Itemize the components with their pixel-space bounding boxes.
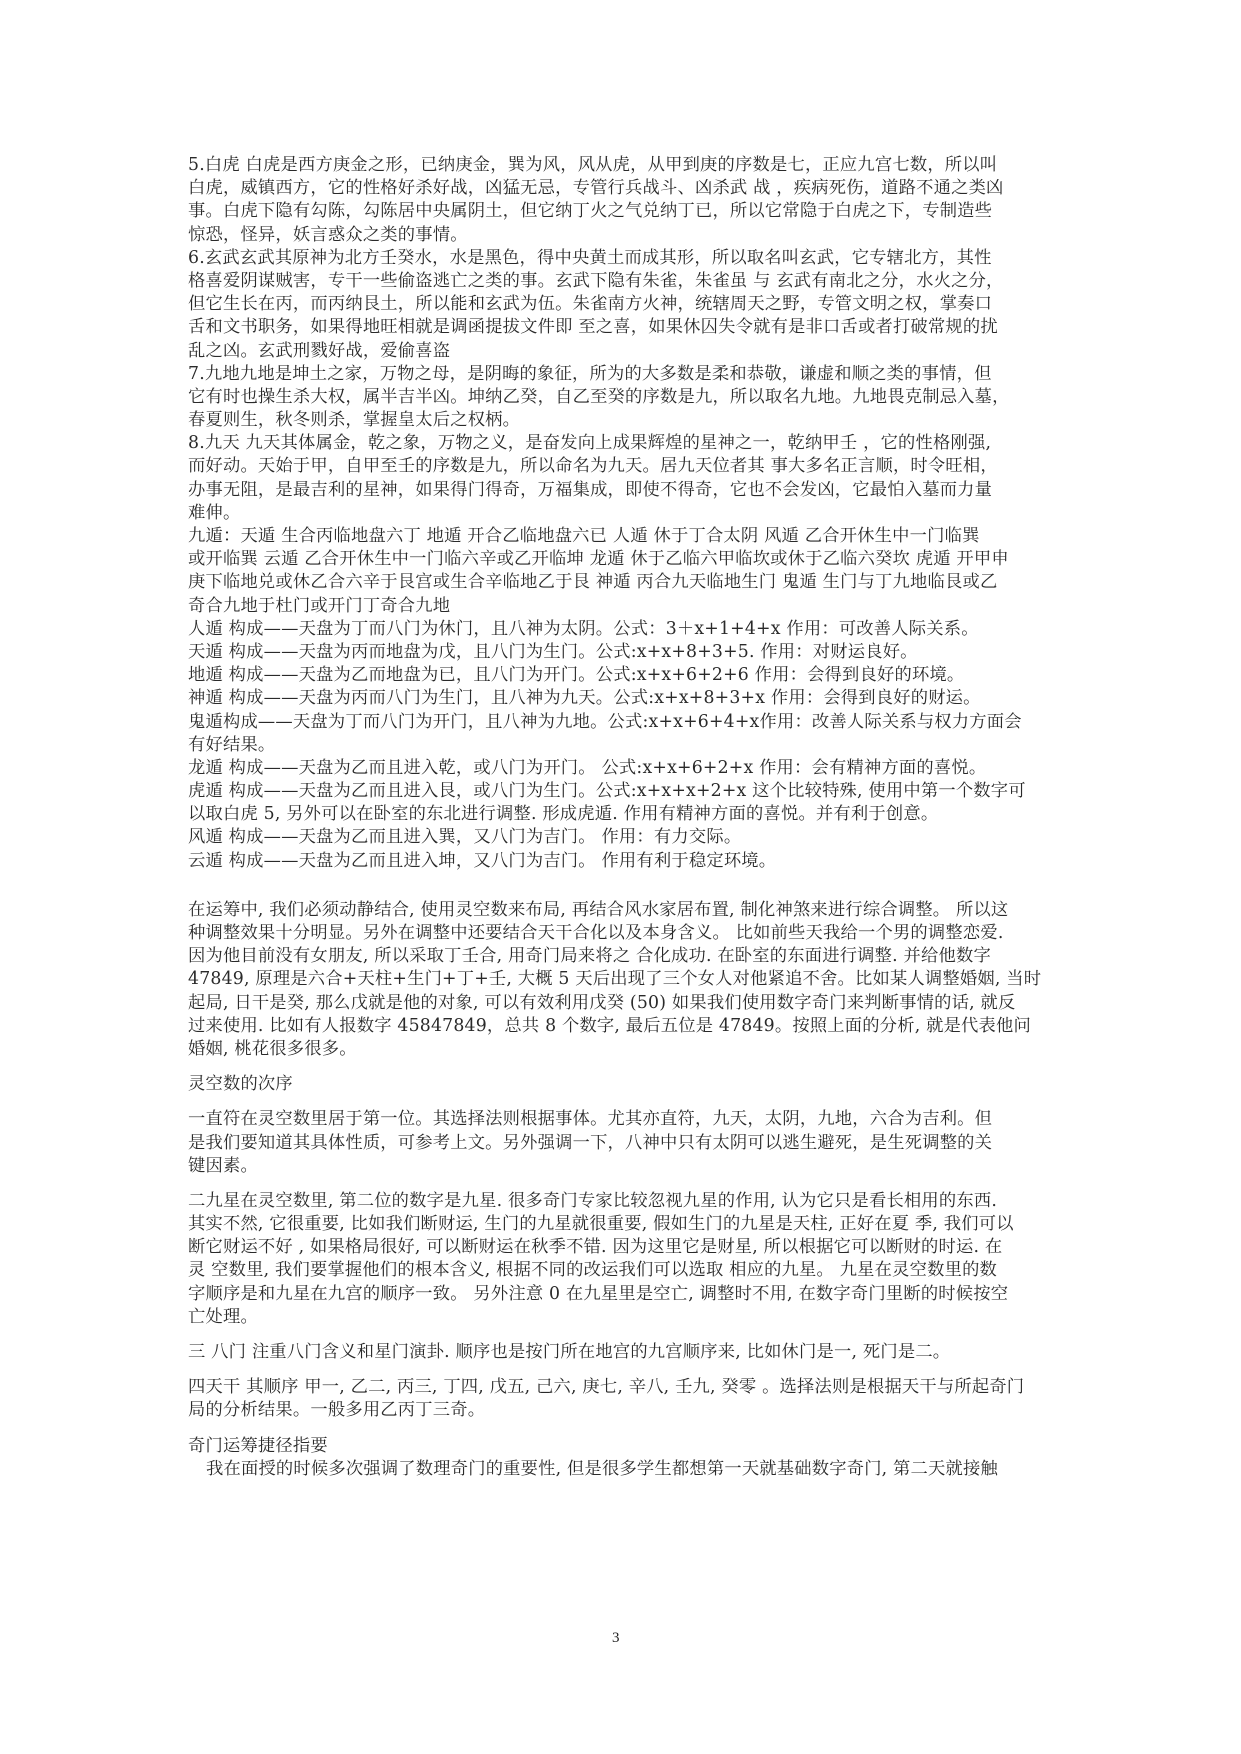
- text-line: 婚姻, 桃花很多很多。: [188, 1038, 908, 1061]
- paragraph: 一直符在灵空数里居于第一位。其选择法则根据事体。尤其亦直符，九天，太阴，九地，六…: [188, 1108, 908, 1178]
- paragraph-spacer: [188, 1423, 908, 1435]
- text-line: 在运筹中, 我们必须动静结合, 使用灵空数来布局, 再结合风水家居布置, 制化神…: [188, 899, 908, 922]
- text-line: 8.九天 九天其体属金，乾之象，万物之义，是奋发向上成果辉煌的星神之一，乾纳甲壬…: [188, 432, 908, 455]
- text-line: 其实不然, 它很重要, 比如我们断财运, 生门的九星就很重要, 假如生门的九星是…: [188, 1213, 908, 1236]
- text-line: 云遁 构成——天盘为乙而且进入坤，又八门为吉门。 作用有利于稳定环境。: [188, 850, 908, 873]
- text-line: 地遁 构成——天盘为乙而地盘为已，且八门为开门。公式:x+x+6+2+6 作用：…: [188, 664, 908, 687]
- text-line: 格喜爱阴谋贼害，专干一些偷盗逃亡之类的事。玄武下隐有朱雀，朱雀虽 与 玄武有南北…: [188, 270, 908, 293]
- text-line: 断它财运不好 , 如果格局很好, 可以断财运在秋季不错. 因为这里它是财星, 所…: [188, 1236, 908, 1259]
- text-line: 一直符在灵空数里居于第一位。其选择法则根据事体。尤其亦直符，九天，太阴，九地，六…: [188, 1108, 908, 1131]
- text-line: 局的分析结果。一般多用乙丙丁三奇。: [188, 1399, 908, 1422]
- text-line: 四天干 其顺序 甲一, 乙二, 丙三, 丁四, 戊五, 己六, 庚七, 辛八, …: [188, 1376, 908, 1399]
- text-line: 键因素。: [188, 1155, 908, 1178]
- section-heading: 奇门运筹捷径指要: [188, 1435, 908, 1458]
- text-line: 起局, 日干是癸, 那么戊就是他的对象, 可以有效利用戊癸 (50) 如果我们使…: [188, 992, 908, 1015]
- paragraph-spacer: [188, 1364, 908, 1376]
- text-line: 庚下临地兑或休乙合六辛于艮宫或生合辛临地乙于艮 神遁 丙合九天临地生门 鬼遁 生…: [188, 571, 908, 594]
- text-line: 舌和文书职务，如果得地旺相就是调函提拔文件即 至之喜，如果休囚失令就有是非口舌或…: [188, 316, 908, 339]
- text-line: 难伸。: [188, 502, 908, 525]
- paragraph-spacer: [188, 1096, 908, 1108]
- text-line: 我在面授的时候多次强调了数理奇门的重要性, 但是很多学生都想第一天就基础数字奇门…: [188, 1458, 908, 1481]
- text-line: 奇合九地于杜门或开门丁奇合九地: [188, 595, 908, 618]
- text-line: 白虎，威镇西方，它的性格好杀好战，凶猛无忌，专管行兵战斗、凶杀武 战 ，疾病死伤…: [188, 177, 908, 200]
- text-line: 天遁 构成——天盘为丙而地盘为戊，且八门为生门。公式:x+x+8+3+5. 作用…: [188, 641, 908, 664]
- text-line: 有好结果。: [188, 734, 908, 757]
- paragraph-spacer: [188, 1061, 908, 1073]
- paragraph: 8.九天 九天其体属金，乾之象，万物之义，是奋发向上成果辉煌的星神之一，乾纳甲壬…: [188, 432, 908, 525]
- text-line: 灵 空数里, 我们要掌握他们的根本含义, 根据不同的改运我们可以选取 相应的九星…: [188, 1259, 908, 1282]
- text-line: 虎遁 构成——天盘为乙而且进入艮，或八门为生门。公式:x+x+x+2+x 这个比…: [188, 780, 908, 803]
- paragraph: 九遁：天遁 生合丙临地盘六丁 地遁 开合乙临地盘六已 人遁 休于丁合太阴 风遁 …: [188, 525, 908, 618]
- text-line: 乱之凶。玄武刑戮好战，爱偷喜盗: [188, 340, 908, 363]
- text-line: 三 八门 注重八门含义和星门演卦. 顺序也是按门所在地宫的九宫顺序来, 比如休门…: [188, 1341, 908, 1364]
- text-line: 惊恐，怪异，妖言惑众之类的事情。: [188, 224, 908, 247]
- text-line: 神遁 构成——天盘为丙而八门为生门，且八神为九天。公式:x+x+8+3+x 作用…: [188, 687, 908, 710]
- text-line: 亡处理。: [188, 1306, 908, 1329]
- text-line: 6.玄武玄武其原神为北方壬癸水，水是黑色，得中央黄土而成其形，所以取名叫玄武，它…: [188, 247, 908, 270]
- text-line: 47849, 原理是六合+天柱+生门+丁+壬, 大概 5 天后出现了三个女人对他…: [188, 968, 908, 991]
- paragraph: 6.玄武玄武其原神为北方壬癸水，水是黑色，得中央黄土而成其形，所以取名叫玄武，它…: [188, 247, 908, 363]
- paragraph-spacer: [188, 1329, 908, 1341]
- text-line: 以取白虎 5, 另外可以在卧室的东北进行调整. 形成虎遁. 作用有精神方面的喜悦…: [188, 803, 908, 826]
- text-line: 龙遁 构成——天盘为乙而且进入乾，或八门为开门。 公式:x+x+6+2+x 作用…: [188, 757, 908, 780]
- paragraph: 二九星在灵空数里, 第二位的数字是九星. 很多奇门专家比较忽视九星的作用, 认为…: [188, 1190, 908, 1329]
- text-line: 事。白虎下隐有勾陈，勾陈居中央属阴土，但它纳丁火之气兑纳丁已，所以它常隐于白虎之…: [188, 200, 908, 223]
- text-line: 因为他目前没有女朋友, 所以采取丁壬合, 用奇门局来将之 合化成功. 在卧室的东…: [188, 945, 908, 968]
- text-line: 春夏则生，秋冬则杀，掌握皇太后之权柄。: [188, 409, 908, 432]
- text-line: 人遁 构成——天盘为丁而八门为休门，且八神为太阴。公式：3＋x+1+4+x 作用…: [188, 618, 908, 641]
- text-line: 而好动。天始于甲，自甲至壬的序数是九，所以命名为九天。居九天位者其 事大多名正言…: [188, 455, 908, 478]
- section-heading: 灵空数的次序: [188, 1073, 908, 1096]
- text-line: 它有时也操生杀大权，属半吉半凶。坤纳乙癸，自乙至癸的序数是九，所以取名九地。九地…: [188, 386, 908, 409]
- text-line: 但它生长在丙，而丙纳艮土，所以能和玄武为伍。朱雀南方火神，统辖周天之野，专管文明…: [188, 293, 908, 316]
- text-line: 5.白虎 白虎是西方庚金之形，已纳庚金，巽为风，风从虎，从甲到庚的序数是七，正应…: [188, 154, 908, 177]
- text-line: 7.九地九地是坤土之家，万物之母，是阴晦的象征，所为的大多数是柔和恭敬，谦虚和顺…: [188, 363, 908, 386]
- text-line: 鬼遁构成——天盘为丁而八门为开门，且八神为九地。公式:x+x+6+4+x作用：改…: [188, 711, 908, 734]
- paragraph: 7.九地九地是坤土之家，万物之母，是阴晦的象征，所为的大多数是柔和恭敬，谦虚和顺…: [188, 363, 908, 433]
- text-line: 过来使用. 比如有人报数字 45847849，总共 8 个数字, 最后五位是 4…: [188, 1015, 908, 1038]
- text-line: 字顺序是和九星在九宫的顺序一致。 另外注意 0 在九星里是空亡, 调整时不用, …: [188, 1283, 908, 1306]
- text-line: 或开临巽 云遁 乙合开休生中一门临六辛或乙开临坤 龙遁 休于乙临六甲临坎或休于乙…: [188, 548, 908, 571]
- heading-text: 灵空数的次序: [188, 1073, 908, 1096]
- paragraph-spacer: [188, 873, 908, 899]
- text-line: 办事无阻，是最吉利的星神，如果得门得奇，万福集成，即使不得奇，它也不会发凶，它最…: [188, 479, 908, 502]
- document-page: 5.白虎 白虎是西方庚金之形，已纳庚金，巽为风，风从虎，从甲到庚的序数是七，正应…: [0, 0, 1241, 1754]
- page-number: 3: [612, 1630, 620, 1647]
- paragraph-spacer: [188, 1178, 908, 1190]
- dun-definition-list: 人遁 构成——天盘为丁而八门为休门，且八神为太阴。公式：3＋x+1+4+x 作用…: [188, 618, 908, 873]
- paragraph: 在运筹中, 我们必须动静结合, 使用灵空数来布局, 再结合风水家居布置, 制化神…: [188, 899, 908, 1061]
- paragraph: 5.白虎 白虎是西方庚金之形，已纳庚金，巽为风，风从虎，从甲到庚的序数是七，正应…: [188, 154, 908, 247]
- text-line: 二九星在灵空数里, 第二位的数字是九星. 很多奇门专家比较忽视九星的作用, 认为…: [188, 1190, 908, 1213]
- document-body: 5.白虎 白虎是西方庚金之形，已纳庚金，巽为风，风从虎，从甲到庚的序数是七，正应…: [188, 154, 908, 1481]
- paragraph: 三 八门 注重八门含义和星门演卦. 顺序也是按门所在地宫的九宫顺序来, 比如休门…: [188, 1341, 908, 1364]
- paragraph: 四天干 其顺序 甲一, 乙二, 丙三, 丁四, 戊五, 己六, 庚七, 辛八, …: [188, 1376, 908, 1422]
- text-line: 风遁 构成——天盘为乙而且进入巽，又八门为吉门。 作用：有力交际。: [188, 826, 908, 849]
- heading-text: 奇门运筹捷径指要: [188, 1435, 908, 1458]
- text-line: 种调整效果十分明显。另外在调整中还要结合天干合化以及本身含义。 比如前些天我给一…: [188, 922, 908, 945]
- paragraph: 我在面授的时候多次强调了数理奇门的重要性, 但是很多学生都想第一天就基础数字奇门…: [188, 1458, 908, 1481]
- text-line: 是我们要知道其具体性质，可参考上文。另外强调一下，八神中只有太阴可以逃生避死，是…: [188, 1132, 908, 1155]
- text-line: 九遁：天遁 生合丙临地盘六丁 地遁 开合乙临地盘六已 人遁 休于丁合太阴 风遁 …: [188, 525, 908, 548]
